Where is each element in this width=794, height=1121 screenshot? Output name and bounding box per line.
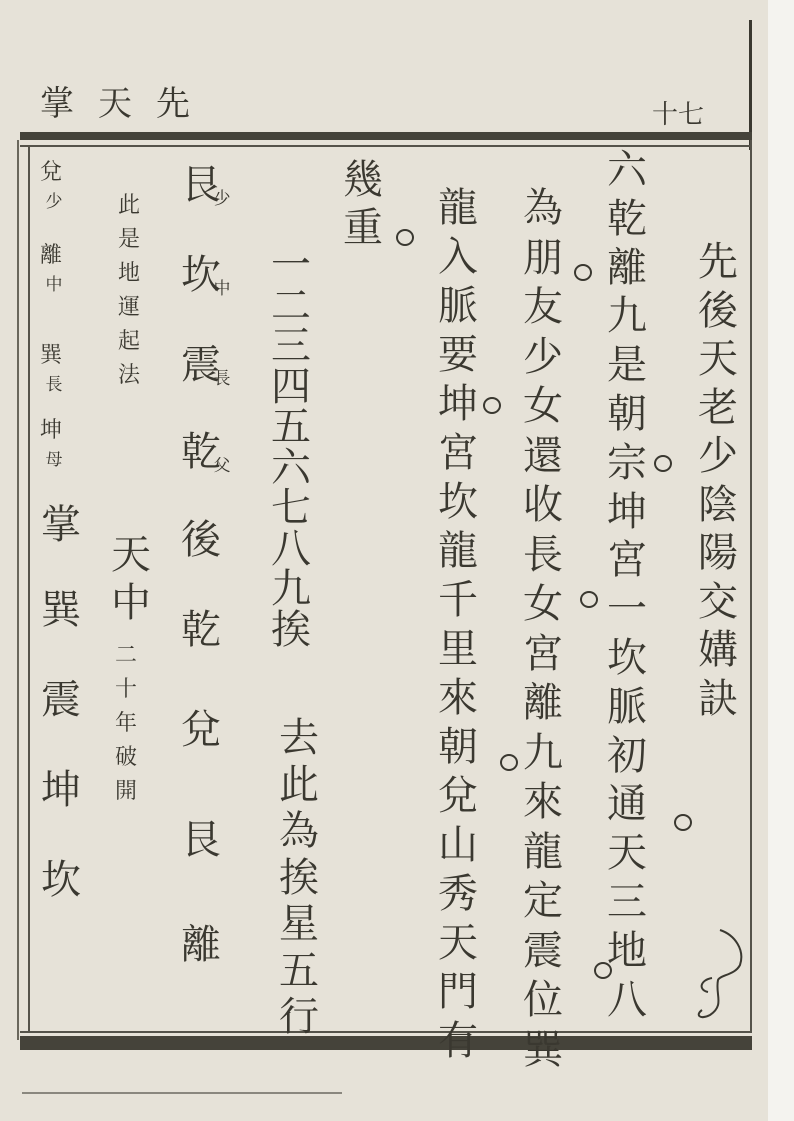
text-char-col-3: 巽 bbox=[520, 1030, 566, 1070]
header-char: 先 bbox=[156, 76, 192, 125]
trigram-annotation: 父 bbox=[212, 458, 232, 475]
text-char-col-6-numerals: 三 bbox=[268, 326, 314, 366]
text-char-col-1-heading: 媾 bbox=[695, 630, 741, 670]
text-char-col-1-heading: 陰 bbox=[695, 485, 741, 525]
text-char-col-3: 朋 bbox=[520, 238, 566, 278]
text-char-col-4: 龍 bbox=[435, 531, 481, 571]
text-char-col-6-numerals: 挨 bbox=[268, 610, 314, 650]
ink-smudge-line bbox=[22, 1092, 342, 1094]
punctuation-circle-mark bbox=[654, 455, 672, 472]
palm-trigram-char: 坎 bbox=[38, 860, 84, 900]
text-char-col-6-numerals: 八 bbox=[268, 529, 314, 569]
text-char-col-1-heading: 訣 bbox=[695, 679, 741, 719]
earth-luck-method-char: 此 bbox=[116, 195, 142, 217]
text-char-col-4: 脈 bbox=[435, 286, 481, 326]
text-char-col-3: 九 bbox=[520, 733, 566, 773]
text-char-col-4: 坎 bbox=[435, 482, 481, 522]
text-char-col-3: 友 bbox=[520, 287, 566, 327]
spine-edge-line bbox=[749, 20, 752, 150]
text-char-col-2: 六 bbox=[604, 150, 650, 190]
text-char-col-3: 女 bbox=[520, 584, 566, 624]
text-char-col-2: 坤 bbox=[604, 492, 650, 532]
trigram-annotation: 長 bbox=[212, 371, 232, 388]
text-char-col-2: 通 bbox=[604, 784, 650, 824]
text-char-col-4: 里 bbox=[435, 629, 481, 669]
text-char-col-6-numerals: 七 bbox=[268, 488, 314, 528]
bottom-border-thick bbox=[20, 1036, 752, 1050]
punctuation-circle-mark bbox=[594, 962, 612, 979]
frame-left-border bbox=[28, 147, 30, 1032]
trigram-char: 兌 bbox=[178, 710, 224, 750]
palm-trigram-char: 掌 bbox=[38, 505, 84, 545]
earth-luck-method-char: 是 bbox=[116, 229, 142, 251]
palm-trigram-char: 巽 bbox=[38, 590, 84, 630]
text-char-col-2: 乾 bbox=[604, 199, 650, 239]
text-char-col-3: 為 bbox=[520, 188, 566, 228]
earth-luck-note-char: 二 bbox=[113, 645, 139, 667]
header-char: 天 bbox=[98, 76, 134, 125]
text-char-col-5-end: 重 bbox=[340, 208, 386, 248]
trigram-char: 艮 bbox=[178, 820, 224, 860]
text-char-col-2: 初 bbox=[604, 736, 650, 776]
text-char-col-3: 位 bbox=[520, 980, 566, 1020]
earth-luck-method-char: 起 bbox=[116, 331, 142, 353]
frame-right-border bbox=[750, 140, 752, 1032]
text-char-col-4: 山 bbox=[435, 825, 481, 865]
palm-trigram-char: 坤 bbox=[38, 770, 84, 810]
text-char-col-3: 女 bbox=[520, 386, 566, 426]
punctuation-circle-mark bbox=[674, 814, 692, 831]
header-char: 掌 bbox=[40, 76, 76, 125]
page-number: 十七 bbox=[652, 94, 704, 131]
palm-trigram-annotation: 少 bbox=[44, 194, 64, 211]
text-char-col-1-heading: 陽 bbox=[695, 533, 741, 573]
palm-trigram-char: 震 bbox=[38, 680, 84, 720]
text-char-col-2: 一 bbox=[604, 589, 650, 629]
text-char-col-3: 少 bbox=[520, 337, 566, 377]
text-char-col-2: 離 bbox=[604, 248, 650, 288]
text-char-col-3: 宮 bbox=[520, 634, 566, 674]
text-char-col-3: 定 bbox=[520, 881, 566, 921]
text-char-col-2: 三 bbox=[604, 882, 650, 922]
earth-luck-method-char: 地 bbox=[116, 263, 142, 285]
palm-trigram-char: 巽 bbox=[38, 345, 64, 367]
earth-luck-method-char: 法 bbox=[116, 365, 142, 387]
text-char-col-4: 宮 bbox=[435, 433, 481, 473]
text-char-col-6-tail: 挨 bbox=[276, 858, 322, 898]
text-char-col-6-tail: 為 bbox=[276, 811, 322, 851]
text-char-col-4: 有 bbox=[435, 1021, 481, 1061]
text-char-col-1-heading: 後 bbox=[695, 291, 741, 331]
text-char-col-4: 來 bbox=[435, 678, 481, 718]
earth-luck-method-char: 運 bbox=[116, 297, 142, 319]
text-char-col-6-tail: 五 bbox=[276, 951, 322, 991]
punctuation-circle-mark bbox=[500, 754, 518, 771]
trigram-annotation: 中 bbox=[212, 281, 232, 298]
text-char-col-1-heading: 交 bbox=[695, 582, 741, 622]
earth-luck-note-char: 年 bbox=[113, 713, 139, 735]
punctuation-circle-mark bbox=[574, 264, 592, 281]
earth-luck-center-char: 中 bbox=[108, 583, 154, 623]
text-char-col-2: 宗 bbox=[604, 443, 650, 483]
text-char-col-6-tail: 行 bbox=[276, 997, 322, 1037]
trigram-annotation: 少 bbox=[212, 191, 232, 208]
text-char-col-4: 要 bbox=[435, 335, 481, 375]
text-char-col-6-numerals: 一 bbox=[268, 245, 314, 285]
text-char-col-4: 門 bbox=[435, 972, 481, 1012]
top-border-thick bbox=[20, 132, 752, 140]
text-char-col-3: 還 bbox=[520, 436, 566, 476]
text-char-col-3: 龍 bbox=[520, 832, 566, 872]
running-header-title: 掌 天 先 bbox=[40, 76, 192, 125]
palm-trigram-char: 兌 bbox=[38, 162, 64, 184]
text-char-col-2: 脈 bbox=[604, 687, 650, 727]
ink-flourish-mark bbox=[690, 920, 750, 1040]
text-char-col-2: 坎 bbox=[604, 638, 650, 678]
text-char-col-6-numerals: 六 bbox=[268, 448, 314, 488]
text-char-col-2: 九 bbox=[604, 296, 650, 336]
trigram-char: 離 bbox=[178, 925, 224, 965]
text-char-col-6-tail: 去 bbox=[276, 718, 322, 758]
text-char-col-4: 天 bbox=[435, 923, 481, 963]
punctuation-circle-mark bbox=[483, 397, 501, 414]
text-char-col-3: 離 bbox=[520, 683, 566, 723]
text-char-col-3: 收 bbox=[520, 485, 566, 525]
page-margin-right bbox=[768, 0, 794, 1121]
earth-luck-note-char: 十 bbox=[113, 679, 139, 701]
text-char-col-6-numerals: 二 bbox=[268, 286, 314, 326]
text-char-col-2: 宮 bbox=[604, 540, 650, 580]
text-char-col-6-numerals: 四 bbox=[268, 367, 314, 407]
text-char-col-4: 入 bbox=[435, 237, 481, 277]
text-char-col-2: 朝 bbox=[604, 394, 650, 434]
earth-luck-note-char: 開 bbox=[113, 781, 139, 803]
text-char-col-1-heading: 天 bbox=[695, 339, 741, 379]
trigram-char: 後 bbox=[178, 520, 224, 560]
text-char-col-4: 坤 bbox=[435, 384, 481, 424]
text-char-col-2: 八 bbox=[604, 980, 650, 1020]
trigram-char: 乾 bbox=[178, 610, 224, 650]
left-gutter-rule bbox=[17, 140, 19, 1040]
text-char-col-3: 長 bbox=[520, 535, 566, 575]
text-char-col-6-tail: 星 bbox=[276, 904, 322, 944]
punctuation-circle-mark bbox=[580, 591, 598, 608]
palm-trigram-annotation: 母 bbox=[44, 452, 64, 469]
text-char-col-2: 地 bbox=[604, 931, 650, 971]
palm-trigram-annotation: 中 bbox=[44, 277, 64, 294]
text-char-col-1-heading: 少 bbox=[695, 436, 741, 476]
punctuation-circle-mark bbox=[396, 229, 414, 246]
text-char-col-4: 龍 bbox=[435, 188, 481, 228]
text-char-col-6-numerals: 五 bbox=[268, 407, 314, 447]
text-char-col-2: 天 bbox=[604, 833, 650, 873]
text-char-col-3: 來 bbox=[520, 782, 566, 822]
palm-trigram-char: 離 bbox=[38, 245, 64, 267]
text-char-col-2: 是 bbox=[604, 345, 650, 385]
text-char-col-1-heading: 老 bbox=[695, 388, 741, 428]
text-char-col-4: 秀 bbox=[435, 874, 481, 914]
text-char-col-6-numerals: 九 bbox=[268, 569, 314, 609]
palm-trigram-char: 坤 bbox=[38, 420, 64, 442]
earth-luck-note-char: 破 bbox=[113, 747, 139, 769]
text-char-col-3: 震 bbox=[520, 931, 566, 971]
earth-luck-center-char: 天 bbox=[108, 535, 154, 575]
text-char-col-4: 兌 bbox=[435, 776, 481, 816]
bottom-border-thin bbox=[20, 1031, 752, 1033]
text-char-col-1-heading: 先 bbox=[695, 242, 741, 282]
text-char-col-4: 朝 bbox=[435, 727, 481, 767]
text-char-col-5-end: 幾 bbox=[340, 160, 386, 200]
text-char-col-4: 千 bbox=[435, 580, 481, 620]
palm-trigram-annotation: 長 bbox=[44, 377, 64, 394]
text-char-col-6-tail: 此 bbox=[276, 765, 322, 805]
